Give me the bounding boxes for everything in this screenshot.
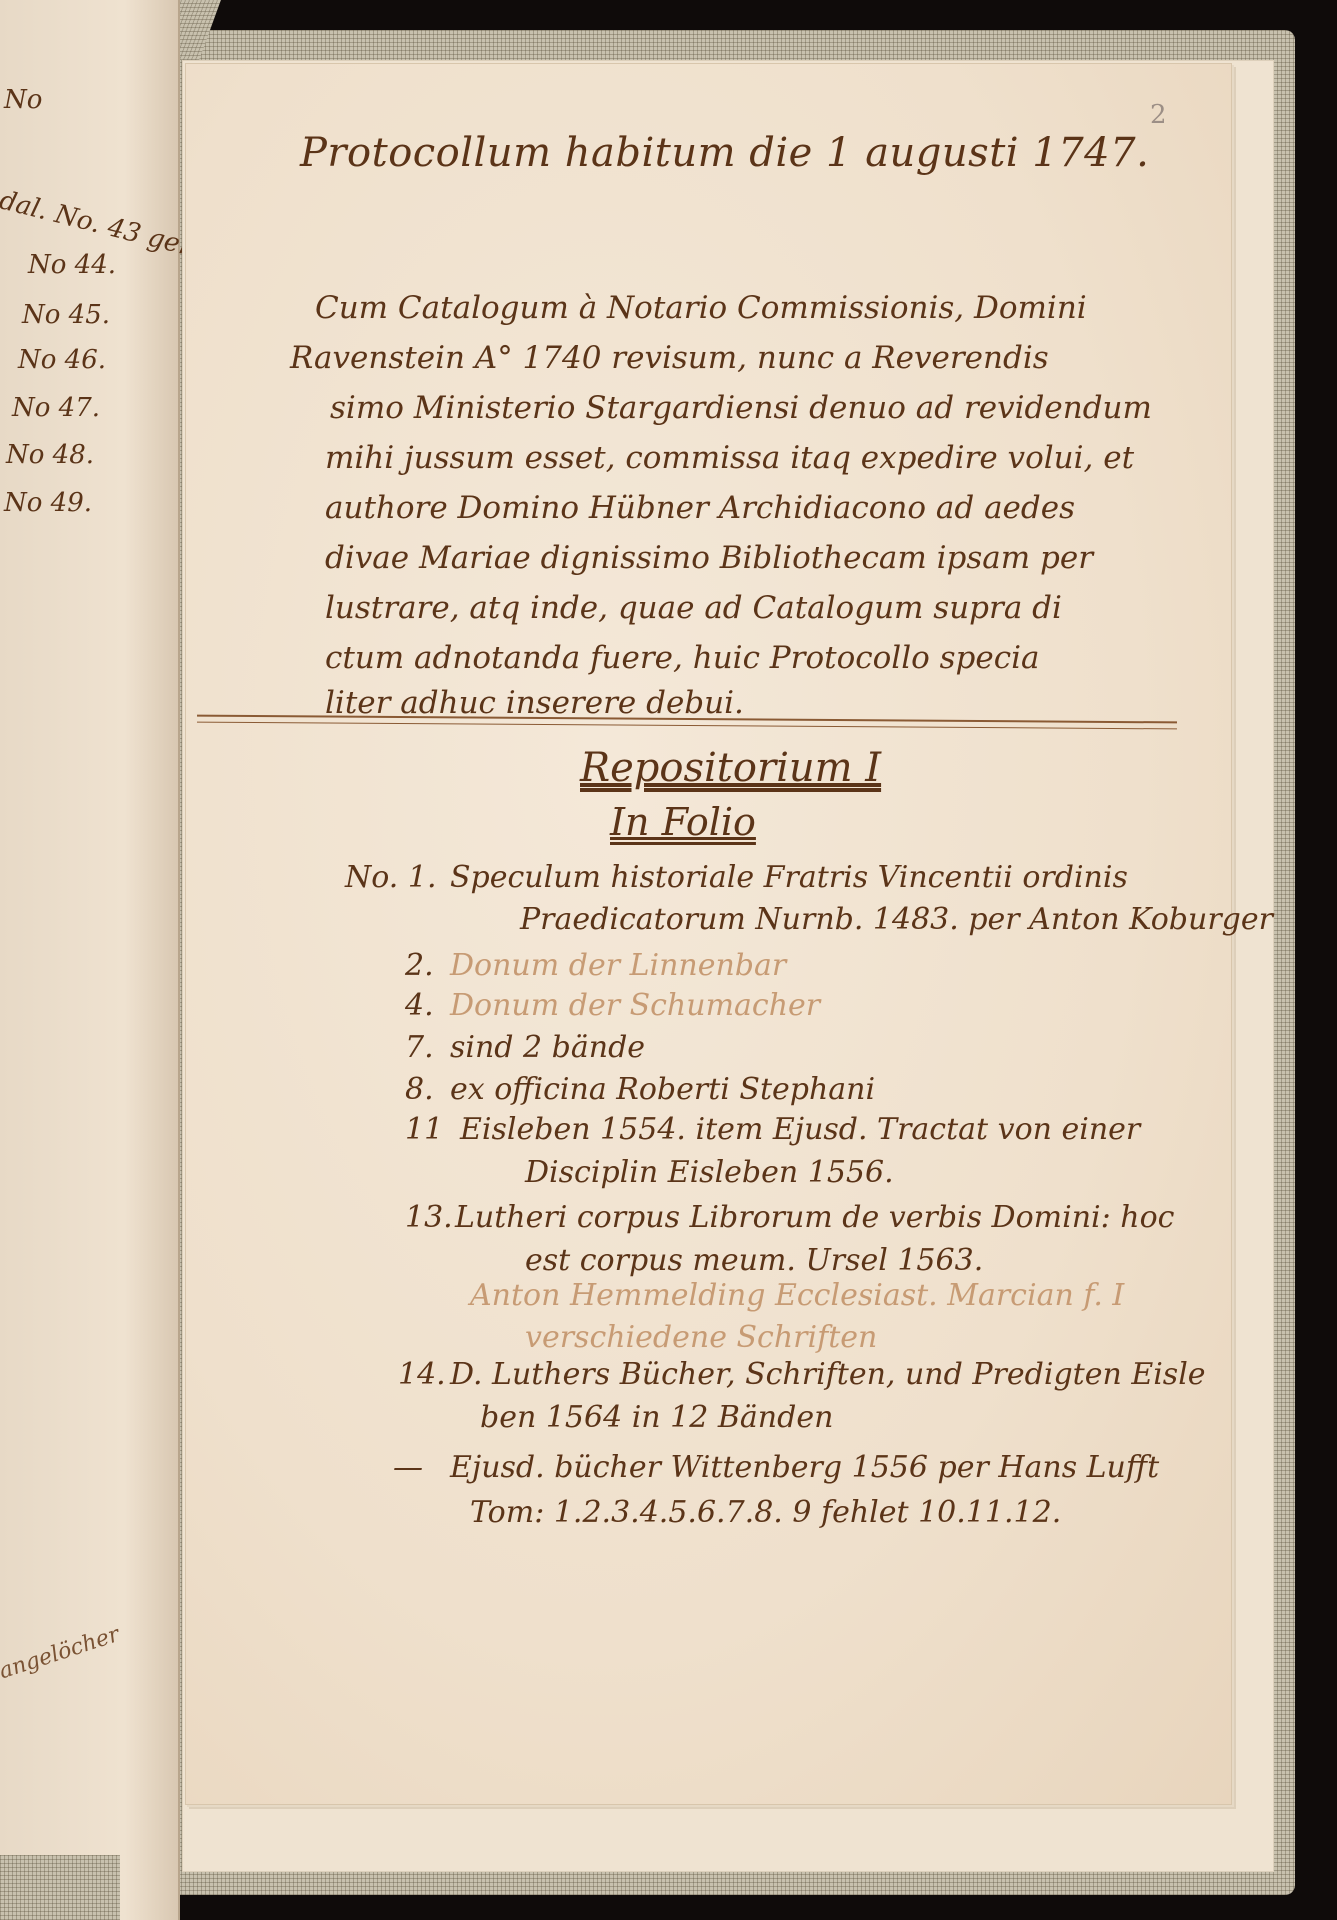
entry-text: Tom: 1.2.3.4.5.6.7.8. 9 fehlet 10.11.12. xyxy=(470,1495,1061,1530)
entry-text: Disciplin Eisleben 1556. xyxy=(525,1155,894,1190)
facing-note: No 46. xyxy=(18,345,106,375)
entry-number: — xyxy=(393,1450,423,1485)
entry-number: 4. xyxy=(405,988,434,1023)
entry-number: 14. xyxy=(398,1357,446,1392)
entry-text: Lutheri corpus Librorum de verbis Domini… xyxy=(455,1200,1174,1235)
page-number: 2 xyxy=(1150,100,1167,130)
entry-text: sind 2 bände xyxy=(450,1030,645,1065)
entry-text: Ejusd. bücher Wittenberg 1556 per Hans L… xyxy=(450,1450,1159,1485)
entry-text: ben 1564 in 12 Bänden xyxy=(480,1400,833,1435)
facing-note: No 47. xyxy=(12,393,100,423)
entry-text: ex officina Roberti Stephani xyxy=(450,1072,875,1107)
entry-number: No. 1. xyxy=(345,860,436,895)
entry-text: Speculum historiale Fratris Vincentii or… xyxy=(450,860,1128,895)
intro-line: mihi jussum esset, commissa itaq expedir… xyxy=(325,440,1134,476)
entry-number: 8. xyxy=(405,1072,434,1107)
document-title: Protocollum habitum die 1 augusti 1747. xyxy=(300,130,1149,176)
entry-text-faded: verschiedene Schriften xyxy=(525,1320,877,1355)
entry-number: 2. xyxy=(405,948,434,983)
intro-line: lustrare, atq inde, quae ad Catalogum su… xyxy=(325,590,1062,626)
lower-binding-cloth xyxy=(0,1855,120,1920)
intro-line: simo Ministerio Stargardiensi denuo ad r… xyxy=(330,390,1152,426)
subsection-heading: In Folio xyxy=(610,800,756,844)
intro-line: ctum adnotanda fuere, huic Protocollo sp… xyxy=(325,640,1039,676)
entry-text: est corpus meum. Ursel 1563. xyxy=(525,1243,983,1278)
intro-line: divae Mariae dignissimo Bibliothecam ips… xyxy=(325,540,1093,576)
section-heading: Repositorium I xyxy=(580,745,881,791)
intro-line: authore Domino Hübner Archidiacono ad ae… xyxy=(325,490,1075,526)
entry-text-faded: Anton Hemmelding Ecclesiast. Marcian f. … xyxy=(470,1278,1124,1313)
intro-line: Cum Catalogum à Notario Commissionis, Do… xyxy=(315,290,1087,326)
facing-bottom-note: angelöcher xyxy=(0,1622,122,1684)
facing-note: No 45. xyxy=(22,300,110,330)
entry-number: 7. xyxy=(405,1030,434,1065)
facing-note: No 49. xyxy=(4,488,92,518)
entry-number: 11 xyxy=(405,1112,443,1147)
intro-line: Ravenstein A° 1740 revisum, nunc a Rever… xyxy=(290,340,1049,376)
entry-text: Praedicatorum Nurnb. 1483. per Anton Kob… xyxy=(520,902,1273,937)
entry-text-faded: Donum der Linnenbar xyxy=(450,948,786,983)
entry-number: 13. xyxy=(405,1200,453,1235)
entry-text: D. Luthers Bücher, Schriften, und Predig… xyxy=(450,1357,1206,1392)
facing-note: No 48. xyxy=(6,440,94,470)
facing-note: No 44. xyxy=(28,250,116,280)
facing-top-fragment: No xyxy=(4,85,42,115)
facing-page: No dal. No. 43 gerissen No 44. No 45. No… xyxy=(0,0,180,1920)
entry-text-faded: Donum der Schumacher xyxy=(450,988,820,1023)
entry-text: Eisleben 1554. item Ejusd. Tractat von e… xyxy=(460,1112,1140,1147)
